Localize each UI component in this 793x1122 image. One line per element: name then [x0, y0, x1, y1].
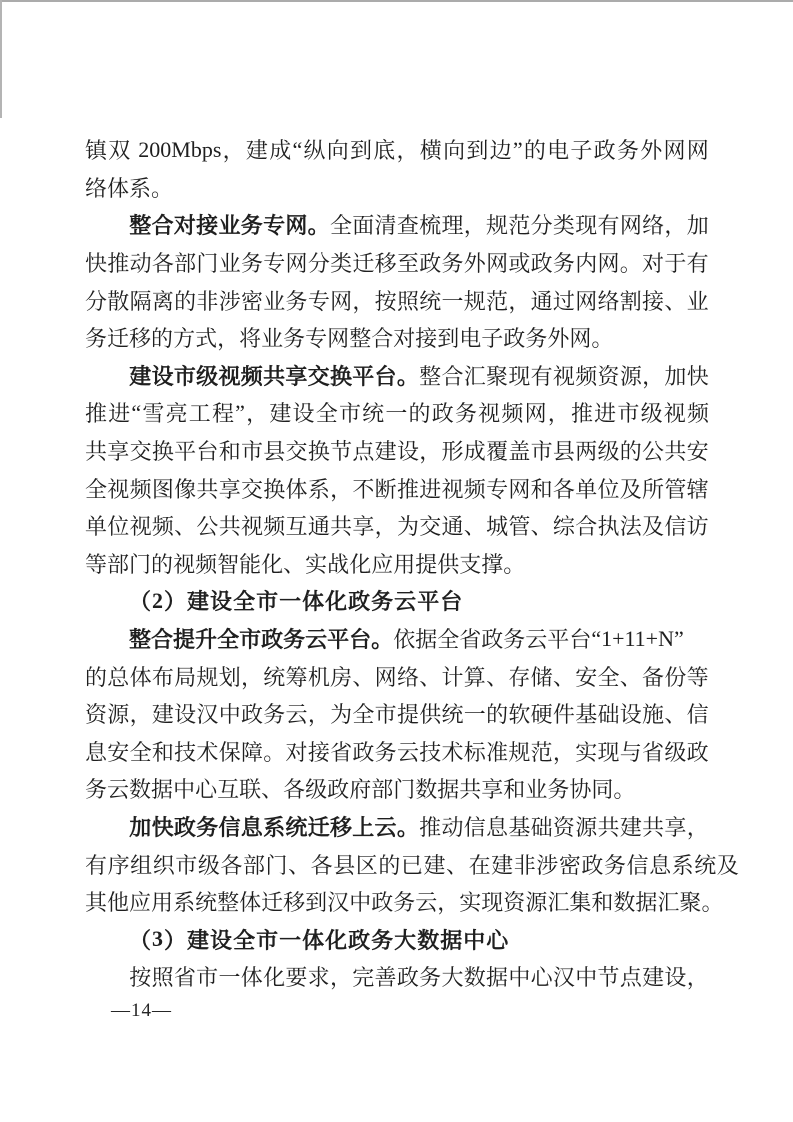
- text-line: 整合对接业务专网。全面清查梳理，规范分类现有网络，加: [85, 206, 709, 244]
- text-line: 务云数据中心互联、各级政府部门数据共享和业务协同。: [85, 770, 709, 808]
- text-line: 镇双 200Mbps，建成“纵向到底，横向到边”的电子政务外网网: [85, 131, 709, 169]
- text-line: 其他应用系统整体迁移到汉中政务云，实现资源汇集和数据汇聚。: [85, 883, 739, 921]
- page-number: —14—: [111, 1000, 172, 1022]
- text-line: （3）建设全市一体化政务大数据中心: [85, 920, 709, 958]
- text-line: 推进“雪亮工程”，建设全市统一的政务视频网，推进市级视频: [85, 394, 709, 432]
- text-line: 建设市级视频共享交换平台。整合汇聚现有视频资源，加快: [85, 357, 709, 395]
- text-line: 共享交换平台和市县交换节点建设，形成覆盖市县两级的公共安: [85, 432, 709, 470]
- text-line: 按照省市一体化要求，完善政务大数据中心汉中节点建设，: [85, 958, 709, 996]
- text-line: 等部门的视频智能化、实战化应用提供支撑。: [85, 545, 709, 583]
- text-line: 全视频图像共享交换体系，不断推进视频专网和各单位及所管辖: [85, 469, 709, 507]
- text-line: 的总体布局规划，统筹机房、网络、计算、存储、安全、备份等: [85, 657, 709, 695]
- page-border-top: [0, 0, 793, 2]
- text-line: 加快政务信息系统迁移上云。推动信息基础资源共建共享，: [85, 808, 709, 846]
- text-line: 资源，建设汉中政务云，为全市提供统一的软硬件基础设施、信: [85, 695, 709, 733]
- document-body: 镇双 200Mbps，建成“纵向到底，横向到边”的电子政务外网网络体系。整合对接…: [85, 131, 709, 996]
- text-line: 络体系。: [85, 169, 709, 207]
- text-line: 整合提升全市政务云平台。依据全省政务云平台“1+11+N”: [85, 620, 709, 658]
- text-line: 息安全和技术保障。对接省政务云技术标准规范，实现与省级政: [85, 733, 709, 771]
- text-line: 分散隔离的非涉密业务专网，按照统一规范，通过网络割接、业: [85, 281, 709, 319]
- text-line: 有序组织市级各部门、各县区的已建、在建非涉密政务信息系统及: [85, 845, 739, 883]
- text-line: （2）建设全市一体化政务云平台: [85, 582, 709, 620]
- text-line: 快推动各部门业务专网分类迁移至政务外网或政务内网。对于有: [85, 244, 709, 282]
- text-line: 务迁移的方式，将业务专网整合对接到电子政务外网。: [85, 319, 709, 357]
- document-page: 镇双 200Mbps，建成“纵向到底，横向到边”的电子政务外网网络体系。整合对接…: [0, 0, 793, 1122]
- page-border-left: [0, 0, 2, 118]
- text-line: 单位视频、公共视频互通共享，为交通、城管、综合执法及信访: [85, 507, 709, 545]
